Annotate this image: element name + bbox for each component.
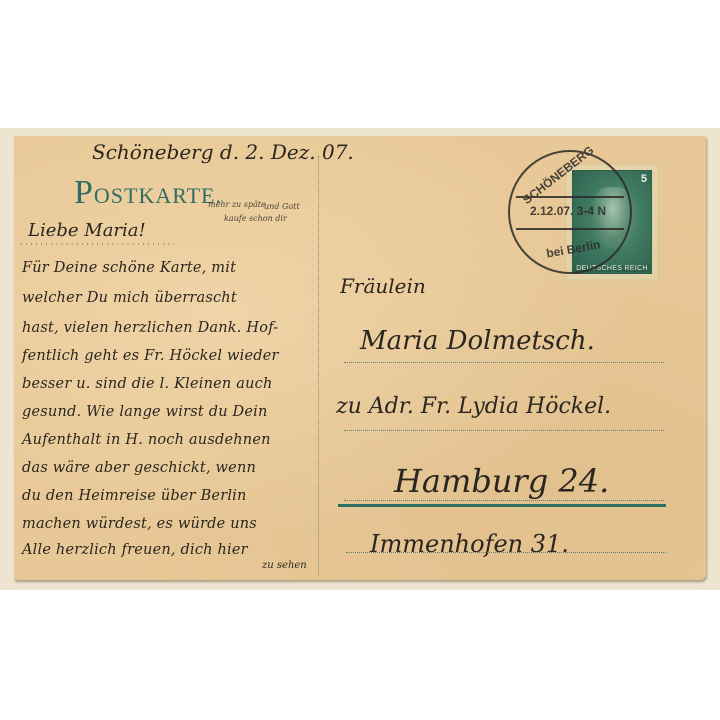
card-divider-line: [318, 156, 319, 576]
address-rule: [344, 362, 664, 363]
city-underline: [338, 504, 666, 507]
crossed-writing: · · · · · · · · · · · · · · · · · · · · …: [20, 240, 175, 249]
message-line: du den Heimreise über Berlin: [22, 488, 247, 504]
stamp-value: 5: [641, 173, 647, 185]
margin-note: und Gott: [264, 202, 300, 211]
address-name: Maria Dolmetsch.: [360, 326, 595, 356]
postmark-date: 2.12.07. 3-4 N: [530, 204, 606, 218]
message-line: welcher Du mich überrascht: [22, 290, 237, 306]
address-rule: [346, 552, 666, 553]
address-street: Immenhofen 31.: [370, 530, 569, 558]
printed-title-postkarte: POSTKARTE.: [74, 174, 222, 212]
message-line: Alle herzlich freuen, dich hier: [22, 542, 248, 558]
message-closing: zu sehen: [262, 560, 307, 571]
message-line: fentlich geht es Fr. Höckel wieder: [22, 348, 279, 364]
message-line: besser u. sind die l. Kleinen auch: [22, 376, 273, 392]
message-line: gesund. Wie lange wirst du Dein: [22, 404, 268, 420]
address-salutation: Fräulein: [340, 274, 426, 298]
margin-note: mehr zu späte: [208, 200, 266, 209]
margin-note: kaufe schon dir: [224, 214, 287, 223]
postmark-cancellation: SCHÖNEBERG 2.12.07. 3-4 N bei Berlin: [508, 150, 632, 274]
postmark-location: bei Berlin: [545, 237, 601, 260]
handwritten-date: Schöneberg d. 2. Dez. 07.: [92, 140, 354, 164]
address-city: Hamburg 24.: [394, 462, 609, 500]
message-line: Für Deine schöne Karte, mit: [22, 260, 236, 276]
address-rule: [344, 500, 664, 501]
address-care-of: zu Adr. Fr. Lydia Höckel.: [336, 394, 611, 419]
address-rule: [344, 430, 664, 431]
message-line: hast, vielen herzlichen Dank. Hof-: [22, 320, 278, 336]
message-line: machen würdest, es würde uns: [22, 516, 257, 532]
message-line: Aufenthalt in H. noch ausdehnen: [22, 432, 271, 448]
postcard: POSTKARTE. Schöneberg d. 2. Dez. 07. meh…: [14, 136, 706, 580]
message-line: das wäre aber geschickt, wenn: [22, 460, 256, 476]
message-salutation: Liebe Maria!: [28, 220, 146, 241]
